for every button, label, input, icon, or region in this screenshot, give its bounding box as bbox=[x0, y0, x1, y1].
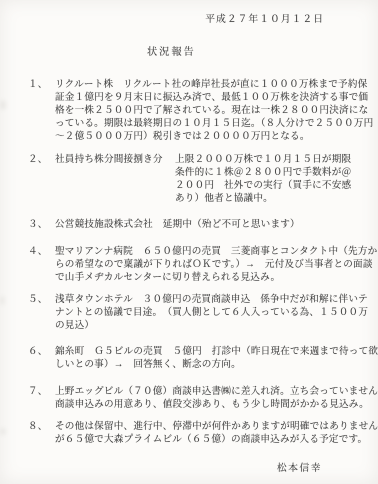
item-number: ８、 bbox=[28, 420, 55, 433]
item-line: 浅草タウンホテル ３０億円の売買商談申込 係争中だが和解に伴いテ bbox=[55, 293, 372, 306]
item-line: 商談申込みの用意あり、値段交渉あり、もう少し時間がかかる見込み。 bbox=[55, 398, 372, 411]
item-line: ナントとの協議で目途。 （買人側として６人入っている為、１５００万 bbox=[55, 306, 372, 319]
item-number: ３、 bbox=[28, 218, 55, 231]
item-number: ６、 bbox=[28, 345, 55, 358]
item-number: ５、 bbox=[28, 293, 55, 306]
report-item-8: ８、 その他は保留中、進行中、停滞中が何件かありますが明確ではありません。 が６… bbox=[28, 420, 372, 446]
report-item-2: ２、 社員持ち株分間接捌き分 上限２０００万株で１０月１５日が期限 条件的に１株… bbox=[28, 153, 372, 205]
item-line: ２００円 社外での実行（買手に不安感 bbox=[175, 179, 372, 192]
report-title: 状況報告 bbox=[147, 46, 196, 59]
item-line: が６５億で大森プライムビル（６５億）の商談申込みが入る予定です。 bbox=[55, 433, 372, 446]
item-number: １、 bbox=[28, 78, 55, 91]
scan-smudge bbox=[0, 296, 5, 305]
item-line: リクルート株 リクルート社の峰岸社長が直に１０００万株まで予約保 bbox=[55, 78, 372, 91]
item-label: 社員持ち株分間接捌き分 bbox=[55, 153, 175, 205]
report-item-1: １、 リクルート株 リクルート社の峰岸社長が直に１０００万株まで予約保 証金１億… bbox=[28, 78, 372, 143]
item-line: 上野エッグビル（７０億）商談申込書㈱に差入れ済。立ち会っていません。 bbox=[55, 385, 372, 398]
signature: 松本信幸 bbox=[277, 462, 322, 475]
report-item-3: ３、 公営競技施設株式会社 延期中（殆ど不可と思います） bbox=[28, 218, 372, 231]
item-line: 錦糸町 Ｇ５ビルの売買 ５億円 打診中（昨日現在で来週まで待って欲 bbox=[55, 345, 372, 358]
item-line: 公営競技施設株式会社 延期中（殆ど不可と思います） bbox=[55, 218, 372, 231]
item-line: っている。期限は最終期日の１０月１５日迄。（８人分けで２５００万円 bbox=[55, 117, 372, 130]
report-date: 平成２７年１０月１２日 bbox=[205, 13, 324, 26]
scanned-report-page: 平成２７年１０月１２日 状況報告 １、 リクルート株 リクルート社の峰岸社長が直… bbox=[0, 0, 378, 484]
item-line: 格を一株２５００円で了解されている。現在は一株２８００円決済にな bbox=[55, 104, 372, 117]
item-line: 上限２０００万株で１０月１５日が期限 bbox=[175, 153, 372, 166]
item-line: 証金１億円を９月末日に振込み済で、最低１００万株を決済する事で価 bbox=[55, 91, 372, 104]
item-number: ２、 bbox=[28, 153, 55, 166]
report-item-6: ６、 錦糸町 Ｇ５ビルの売買 ５億円 打診中（昨日現在で来週まで待って欲 しいと… bbox=[28, 345, 372, 371]
item-line: らの希望なので稟議が下りればＯＫです。）→ 元付及び当事者との面談 bbox=[55, 258, 372, 271]
item-line: で山手メヂカルセンターに切り替えられる見込み。 bbox=[55, 271, 372, 284]
item-line: ～２億５０００万円）税引きでは２００００万円となる。 bbox=[55, 130, 372, 143]
item-line: しいとの事）→ 回答無く、断念の方向。 bbox=[55, 358, 372, 371]
item-line: その他は保留中、進行中、停滞中が何件かありますが明確ではありません。 bbox=[55, 420, 372, 433]
report-item-7: ７、 上野エッグビル（７０億）商談申込書㈱に差入れ済。立ち会っていません。 商談… bbox=[28, 385, 372, 411]
item-line: 条件的に１株＠２８００円で手数料が＠ bbox=[175, 166, 372, 179]
item-line: の見込） bbox=[55, 319, 372, 332]
item-line: 聖マリアンナ病院 ６５０億円の売買 三菱商事とコンタクト中（先方か bbox=[55, 245, 372, 258]
item-number: ４、 bbox=[28, 245, 55, 258]
item-line: あり）他者と協議中。 bbox=[175, 192, 372, 205]
report-item-4: ４、 聖マリアンナ病院 ６５０億円の売買 三菱商事とコンタクト中（先方か らの希… bbox=[28, 245, 372, 284]
report-item-5: ５、 浅草タウンホテル ３０億円の売買商談申込 係争中だが和解に伴いテ ナントと… bbox=[28, 293, 372, 332]
scan-smudge bbox=[0, 428, 6, 435]
item-number: ７、 bbox=[28, 385, 55, 398]
scan-smudge bbox=[0, 100, 6, 110]
report-items: １、 リクルート株 リクルート社の峰岸社長が直に１０００万株まで予約保 証金１億… bbox=[28, 78, 372, 446]
